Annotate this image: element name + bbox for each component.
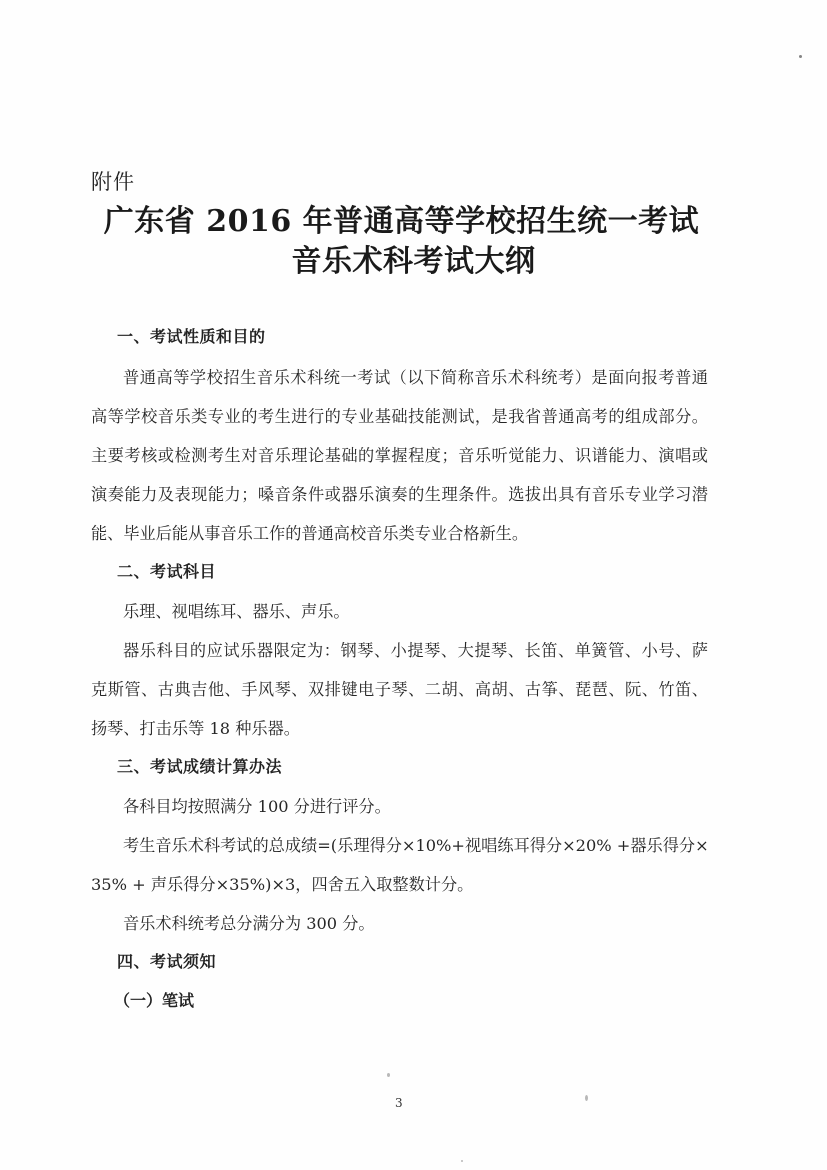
paragraph-line: 35% + 声乐得分×35%)×3，四舍五入取整数计分。 [91, 871, 708, 895]
paragraph-line: 考生音乐术科考试的总成绩=(乐理得分×10%+视唱练耳得分×20% +器乐得分× [123, 832, 708, 856]
paragraph-line: 能、毕业后能从事音乐工作的普通高校音乐类专业合格新生。 [91, 520, 708, 544]
paragraph-line: 普通高等学校招生音乐术科统一考试（以下简称音乐术科统考）是面向报考普通 [123, 364, 708, 388]
subsection-heading-written-exam: （一）笔试 [114, 988, 194, 1011]
paragraph-line: 器乐科目的应试乐器限定为：钢琴、小提琴、大提琴、长笛、单簧管、小号、萨 [123, 637, 708, 661]
paragraph-line: 扬琴、打击乐等 18 种乐器。 [91, 715, 708, 739]
paragraph-line: 音乐术科统考总分满分为 300 分。 [123, 910, 708, 934]
scan-speck [799, 55, 802, 58]
page-number: 3 [395, 1096, 403, 1110]
paragraph-line: 各科目均按照满分 100 分进行评分。 [123, 793, 708, 817]
attachment-label: 附件 [91, 166, 135, 196]
paragraph-line: 乐理、视唱练耳、器乐、声乐。 [123, 598, 708, 622]
scan-speck [387, 1073, 390, 1077]
document-title-line-1: 广东省 2016 年普通高等学校招生统一考试 [0, 196, 815, 240]
document-title-line-2: 音乐术科考试大纲 [0, 236, 827, 280]
paragraph-line: 演奏能力及表现能力；嗓音条件或器乐演奏的生理条件。选拔出具有音乐专业学习潜 [91, 481, 708, 505]
paragraph-line: 主要考核或检测考生对音乐理论基础的掌握程度；音乐听觉能力、识谱能力、演唱或 [91, 442, 708, 466]
document-page: 附件 广东省 2016 年普通高等学校招生统一考试 音乐术科考试大纲 一、考试性… [0, 0, 827, 1170]
scan-speck [461, 1160, 463, 1162]
paragraph-line: 高等学校音乐类专业的考生进行的专业基础技能测试，是我省普通高考的组成部分。 [91, 403, 708, 427]
scan-speck [585, 1095, 588, 1101]
paragraph-line: 克斯管、古典吉他、手风琴、双排键电子琴、二胡、高胡、古筝、琵琶、阮、竹笛、 [91, 676, 708, 700]
section-heading-subjects: 二、考试科目 [117, 559, 216, 582]
section-heading-scoring: 三、考试成绩计算办法 [117, 754, 282, 777]
section-heading-exam-notes: 四、考试须知 [117, 949, 216, 972]
section-heading-purpose: 一、考试性质和目的 [117, 324, 266, 347]
